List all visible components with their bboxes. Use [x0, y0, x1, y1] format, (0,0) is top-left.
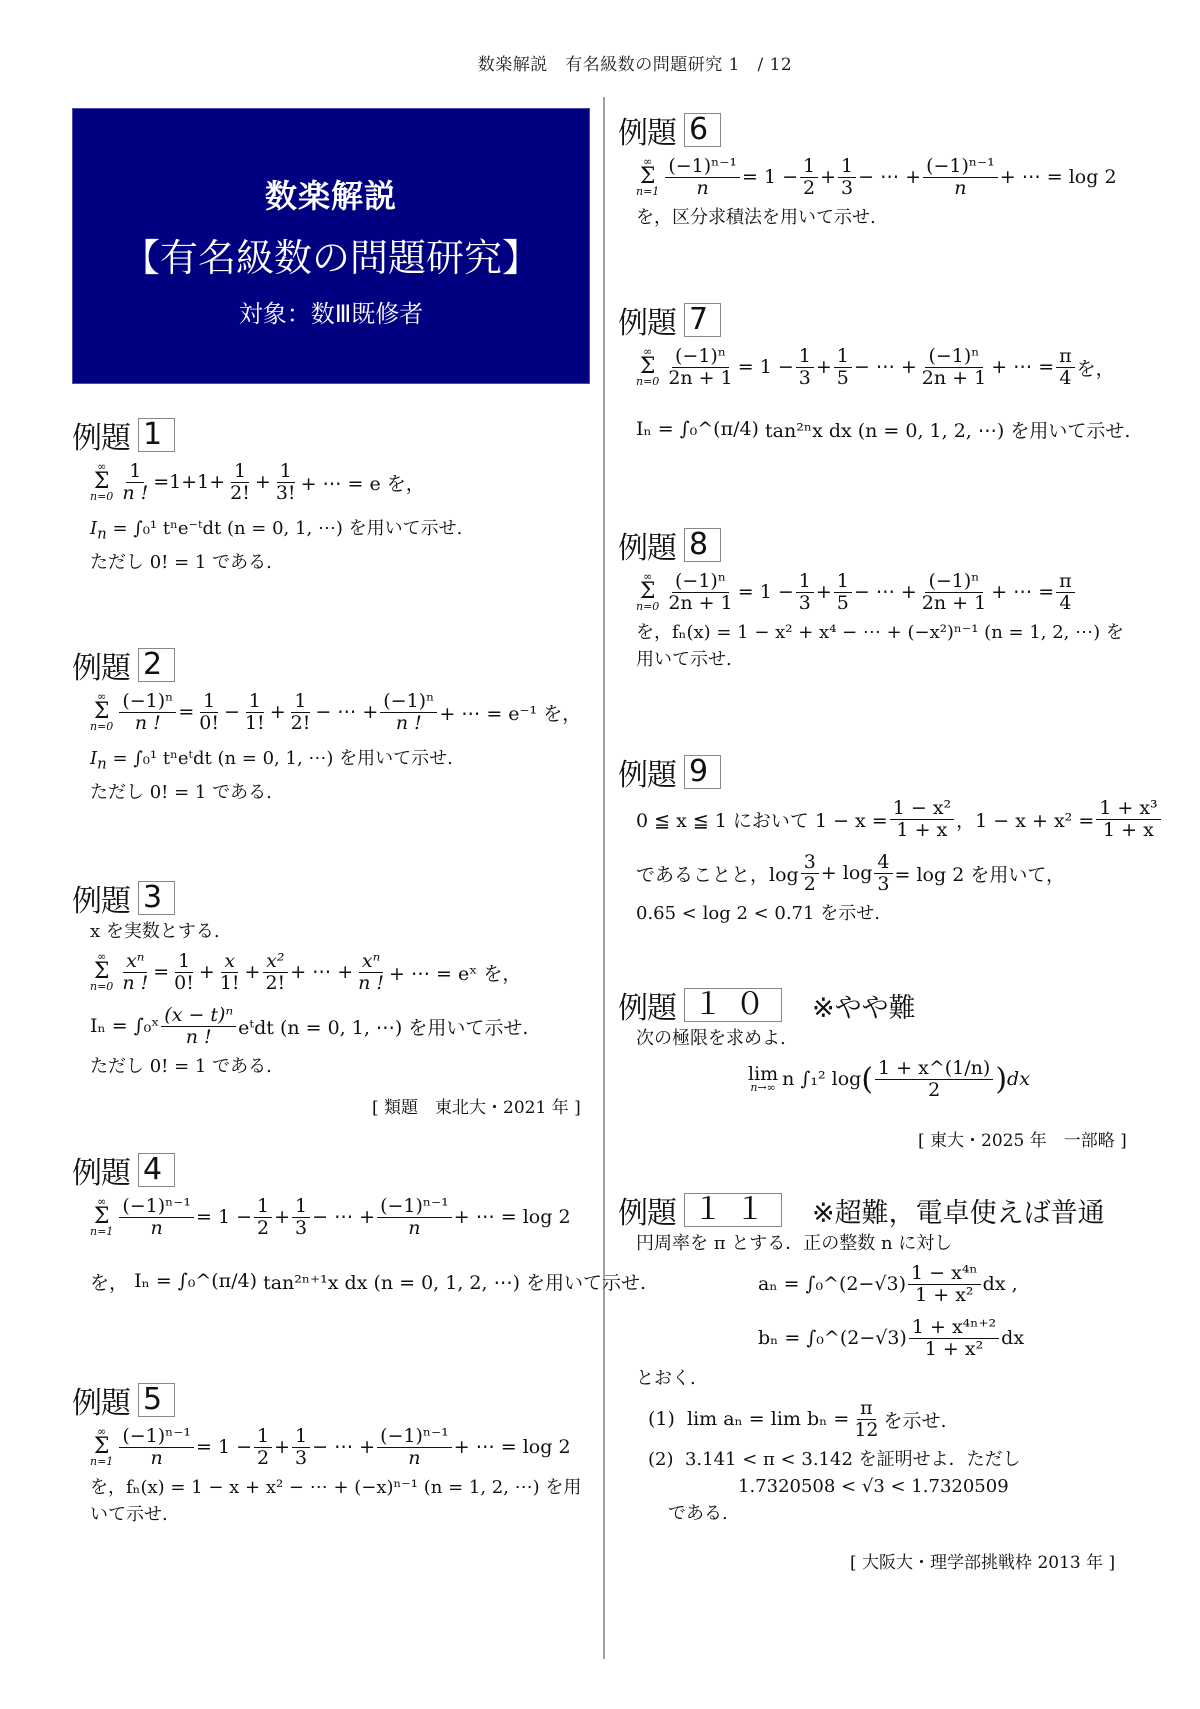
identity-line: 0 ≦ x ≦ 1 において 1 − x = 1 − x²1 + x ，1 − … — [636, 792, 1148, 846]
hint-text-cont: いて示せ. — [90, 1501, 602, 1528]
problem-number: １１ — [684, 1193, 782, 1227]
hint-text: を，fₙ(x) = 1 − x + x² − ⋯ + (−x)ⁿ⁻¹ (n = … — [90, 1474, 602, 1501]
target-audience: 対象：数Ⅲ既修者 — [73, 294, 589, 329]
sqrt3-bounds: 1.7320508 < √3 < 1.7320509 — [738, 1473, 1158, 1500]
title-box: 数楽解説 【有名級数の問題研究】 対象：数Ⅲ既修者 — [72, 108, 590, 384]
integral-definition: In = ∫₀¹ tⁿe⁻ᵗdt (n = 0, 1, ⋯) を用いて示せ. — [90, 515, 592, 545]
problem-number: 2 — [138, 648, 175, 682]
problem-heading: 例題 5 — [72, 1380, 602, 1420]
source-citation: [ 大阪大・理学部挑戦枠 2013 年 ] — [850, 1548, 1115, 1573]
problem-heading: 例題 2 — [72, 645, 602, 685]
problem-1: 例題 1 ∞Σn=0 1n ! =1+1+ 12! + 13! + ⋯ = e … — [72, 415, 592, 576]
column-divider — [603, 97, 605, 1659]
limit-expression: limn→∞ n ∫₁² log ( 1 + x^(1/n)2 ) dx — [748, 1052, 1148, 1106]
hint-text: を，fₙ(x) = 1 − x² + x⁴ − ⋯ + (−x²)ⁿ⁻¹ (n … — [636, 619, 1148, 646]
b-n-definition: bₙ = ∫₀^(2−√3) 1 + x⁴ⁿ⁺²1 + x² dx — [758, 1311, 1158, 1365]
series-equation: ∞Σn=0 xⁿn ! = 10! + x1! + x²2! + ⋯ + xⁿn… — [90, 945, 592, 999]
problem-heading: 例題 9 — [618, 752, 1148, 792]
source-citation: [ 東大・2025 年 一部略 ] — [918, 1126, 1127, 1151]
difficulty-note: ※超難，電卓使えば普通 — [812, 1191, 1105, 1230]
log-identity-line: であることと，log 32 + log 43 = log 2 を用いて， — [636, 846, 1148, 900]
integral-definition: Iₙ = ∫₀^(π/4) tan²ⁿx dx (n = 0, 1, 2, ⋯)… — [636, 402, 1148, 456]
problem-11: 例題 １１ ※超難，電卓使えば普通 円周率を π とする．正の整数 n に対し … — [618, 1190, 1158, 1527]
problem-number: 3 — [138, 881, 175, 915]
page-header: 数楽解説 有名級数の問題研究 1 / 12 — [0, 50, 1200, 75]
main-title: 【有名級数の問題研究】 — [73, 227, 589, 282]
problem-number: １０ — [684, 988, 782, 1022]
note-text: ただし 0! = 1 である. — [90, 549, 592, 576]
instruction-text: 次の極限を求めよ. — [636, 1025, 1148, 1052]
series-equation: ∞Σn=0 (−1)ⁿ2n + 1 = 1 − 13 + 15 − ⋯ + (−… — [636, 340, 1148, 394]
inequality-line: 0.65 < log 2 < 0.71 を示せ. — [636, 900, 1148, 927]
problem-heading: 例題 3 — [72, 878, 592, 918]
problem-heading: 例題 １０ ※やや難 — [618, 985, 1148, 1025]
problem-8: 例題 8 ∞Σn=0 (−1)ⁿ2n + 1 = 1 − 13 + 15 − ⋯… — [618, 525, 1148, 673]
problem-4: 例題 4 ∞Σn=1 (−1)ⁿ⁻¹n = 1 − 12 + 13 − ⋯ + … — [72, 1150, 602, 1308]
problem-heading: 例題 1 — [72, 415, 592, 455]
series-equation: ∞Σn=1 (−1)ⁿ⁻¹n = 1 − 12 + 13 − ⋯ + (−1)ⁿ… — [636, 150, 1148, 204]
series-equation: ∞Σn=1 (−1)ⁿ⁻¹n = 1 − 12 + 13 − ⋯ + (−1)ⁿ… — [90, 1420, 602, 1474]
brand-title: 数楽解説 — [73, 171, 589, 217]
series-equation: ∞Σn=0 1n ! =1+1+ 12! + 13! + ⋯ = e を， — [90, 455, 592, 509]
problem-6: 例題 6 ∞Σn=1 (−1)ⁿ⁻¹n = 1 − 12 + 13 − ⋯ + … — [618, 110, 1148, 231]
problem-heading: 例題 １１ ※超難，電卓使えば普通 — [618, 1190, 1158, 1230]
series-equation: ∞Σn=1 (−1)ⁿ⁻¹n = 1 − 12 + 13 − ⋯ + (−1)ⁿ… — [90, 1190, 602, 1244]
series-equation: ∞Σn=0 (−1)ⁿn ! = 10! − 11! + 12! − ⋯ + (… — [90, 685, 602, 739]
note-text: ただし 0! = 1 である. — [90, 779, 602, 806]
problem-heading: 例題 7 — [618, 300, 1148, 340]
integral-definition: を， Iₙ = ∫₀^(π/4) tan²ⁿ⁺¹x dx (n = 0, 1, … — [90, 1254, 602, 1308]
premise-text: x を実数とする. — [90, 918, 592, 945]
problem-2: 例題 2 ∞Σn=0 (−1)ⁿn ! = 10! − 11! + 12! − … — [72, 645, 602, 806]
problem-3: 例題 3 x を実数とする. ∞Σn=0 xⁿn ! = 10! + x1! +… — [72, 878, 592, 1080]
hint-text-cont: 用いて示せ. — [636, 646, 1148, 673]
problem-number: 7 — [684, 303, 721, 337]
problem-10: 例題 １０ ※やや難 次の極限を求めよ. limn→∞ n ∫₁² log ( … — [618, 985, 1148, 1106]
series-equation: ∞Σn=0 (−1)ⁿ2n + 1 = 1 − 13 + 15 − ⋯ + (−… — [636, 565, 1148, 619]
difficulty-note: ※やや難 — [812, 986, 916, 1025]
problem-number: 1 — [138, 418, 175, 452]
subquestion-2: (2) 3.141 < π < 3.142 を証明せよ．ただし — [648, 1446, 1158, 1473]
a-n-definition: aₙ = ∫₀^(2−√3) 1 − x⁴ⁿ1 + x² dx , — [758, 1257, 1158, 1311]
closing-text: である. — [668, 1500, 1158, 1527]
source-citation: [ 類題 東北大・2021 年 ] — [372, 1093, 581, 1118]
integral-definition: In = ∫₀¹ tⁿeᵗdt (n = 0, 1, ⋯) を用いて示せ. — [90, 745, 602, 775]
problem-number: 8 — [684, 528, 721, 562]
problem-5: 例題 5 ∞Σn=1 (−1)ⁿ⁻¹n = 1 − 12 + 13 − ⋯ + … — [72, 1380, 602, 1528]
problem-number: 4 — [138, 1153, 175, 1187]
problem-heading: 例題 6 — [618, 110, 1148, 150]
note-text: ただし 0! = 1 である. — [90, 1053, 592, 1080]
problem-number: 9 — [684, 755, 721, 789]
integral-definition: Iₙ = ∫₀ˣ (x − t)ⁿn ! eᵗdt (n = 0, 1, ⋯) … — [90, 999, 592, 1053]
premise-text: 円周率を π とする．正の整数 n に対し — [636, 1230, 1158, 1257]
setup-text: とおく. — [636, 1365, 1158, 1392]
hint-text: を，区分求積法を用いて示せ. — [636, 204, 1148, 231]
problem-number: 6 — [684, 113, 721, 147]
subquestion-1: (1) lim aₙ = lim bₙ = π12 を示せ. — [648, 1392, 1158, 1446]
problem-7: 例題 7 ∞Σn=0 (−1)ⁿ2n + 1 = 1 − 13 + 15 − ⋯… — [618, 300, 1148, 456]
problem-number: 5 — [138, 1383, 175, 1417]
problem-heading: 例題 8 — [618, 525, 1148, 565]
problem-heading: 例題 4 — [72, 1150, 602, 1190]
problem-9: 例題 9 0 ≦ x ≦ 1 において 1 − x = 1 − x²1 + x … — [618, 752, 1148, 927]
